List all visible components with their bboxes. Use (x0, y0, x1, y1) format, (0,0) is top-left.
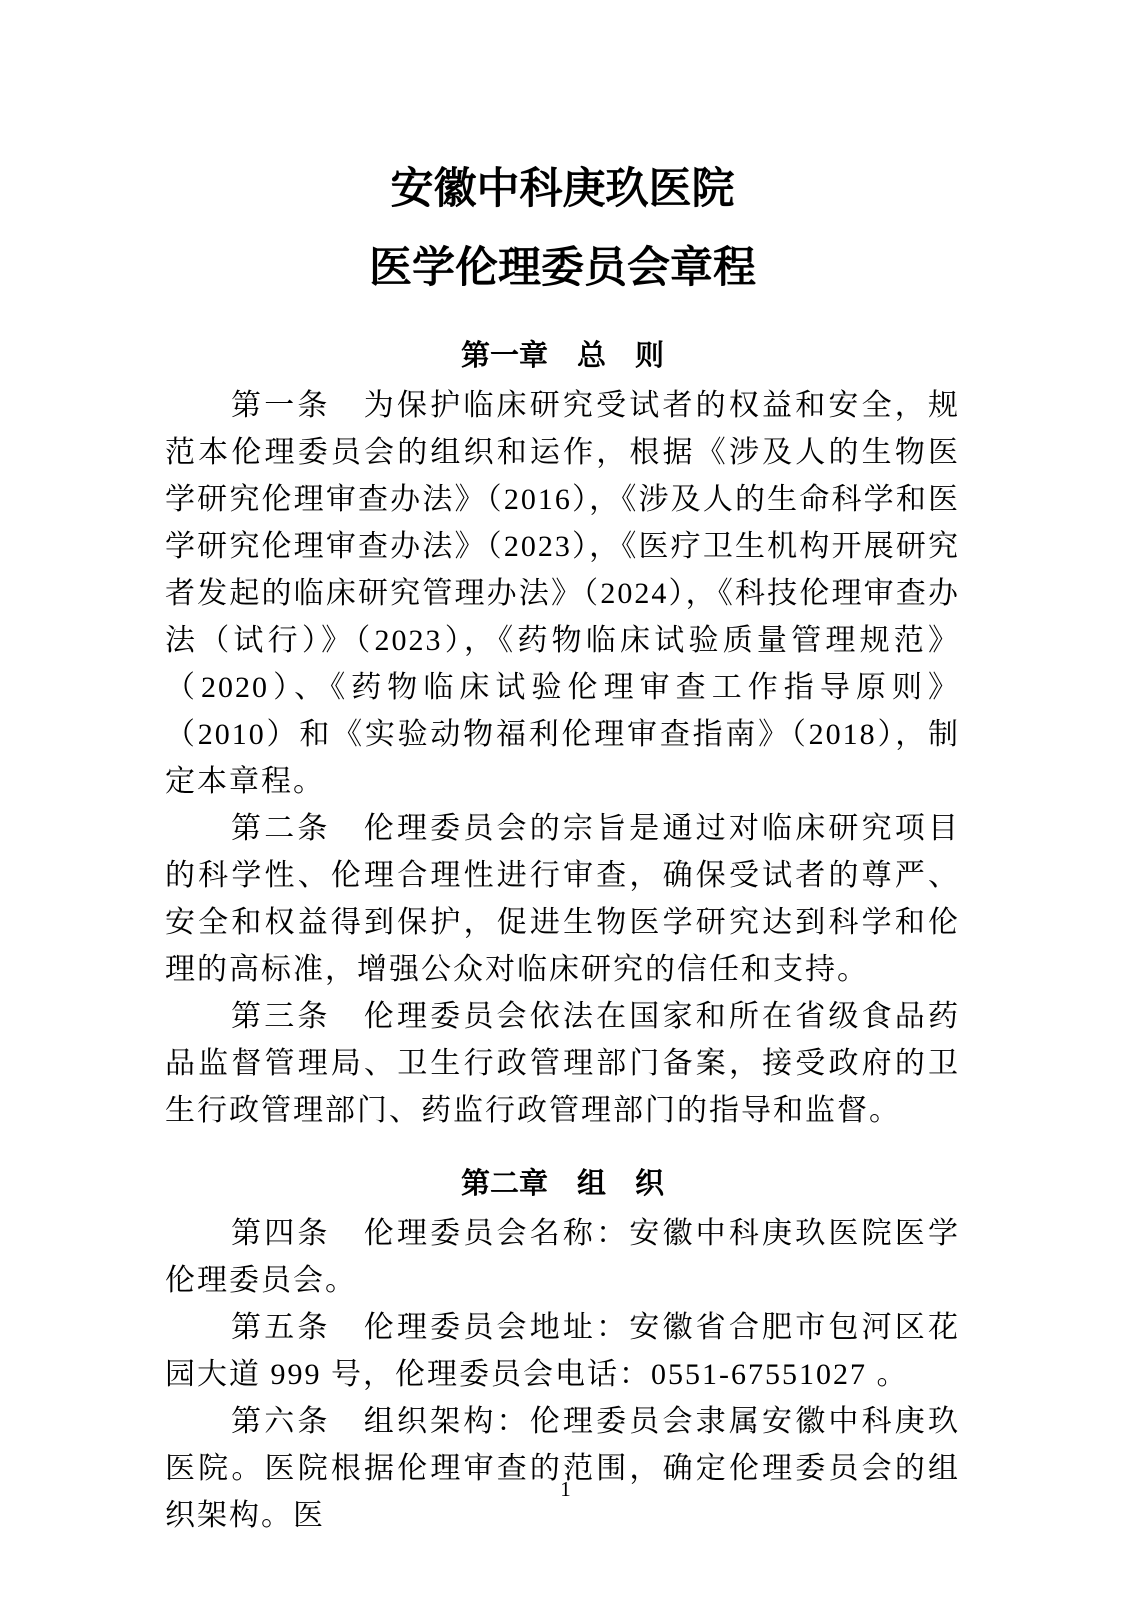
page-number: 1 (0, 1477, 1131, 1501)
document-title-line-1: 安徽中科庚玖医院 (165, 158, 960, 222)
document-page: 安徽中科庚玖医院 医学伦理委员会章程 第一章 总 则 第一条 为保护临床研究受试… (0, 0, 1131, 1600)
chapter-1-heading: 第一章 总 则 (165, 336, 960, 376)
article-2-paragraph: 第二条 伦理委员会的宗旨是通过对临床研究项目的科学性、伦理合理性进行审查，确保受… (165, 805, 960, 993)
article-3-paragraph: 第三条 伦理委员会依法在国家和所在省级食品药品监督管理局、卫生行政管理部门备案，… (165, 993, 960, 1134)
article-5-paragraph: 第五条 伦理委员会地址：安徽省合肥市包河区花园大道 999 号，伦理委员会电话：… (165, 1304, 960, 1398)
article-6-paragraph: 第六条 组织架构：伦理委员会隶属安徽中科庚玖医院。医院根据伦理审查的范围，确定伦… (165, 1398, 960, 1539)
document-title-line-2: 医学伦理委员会章程 (165, 236, 960, 300)
article-1-paragraph: 第一条 为保护临床研究受试者的权益和安全，规范本伦理委员会的组织和运作，根据《涉… (165, 382, 960, 805)
chapter-2-heading: 第二章 组 织 (165, 1164, 960, 1204)
article-4-paragraph: 第四条 伦理委员会名称：安徽中科庚玖医院医学伦理委员会。 (165, 1210, 960, 1304)
